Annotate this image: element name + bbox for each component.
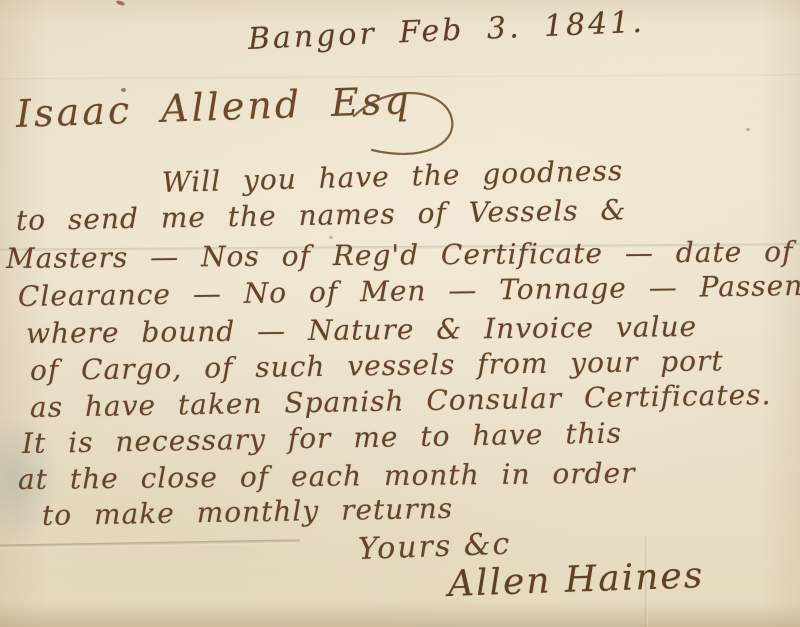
letter-line: to make monthly returns bbox=[42, 492, 454, 532]
ink-speck bbox=[746, 128, 750, 131]
paper-crease bbox=[0, 539, 300, 548]
letter-line: at the close of each month in order bbox=[18, 457, 636, 496]
letter-dateline: Bangor Feb 3. 1841. bbox=[247, 5, 645, 57]
letter-line: Clearance — No of Men — Tonnage — Passen… bbox=[18, 268, 800, 313]
letter-scan: Bangor Feb 3. 1841. Isaac Allend Esq Wil… bbox=[0, 0, 800, 627]
letter-line: It is necessary for me to have this bbox=[22, 417, 622, 460]
letter-line: to send me the names of Vessels & bbox=[16, 193, 627, 237]
letter-closing: Yours &c bbox=[357, 527, 511, 567]
letter-line: where bound — Nature & Invoice value bbox=[26, 310, 697, 350]
letter-signature: Allen Haines bbox=[447, 555, 705, 605]
letter-line: Masters — Nos of Reg'd Certificate — dat… bbox=[6, 235, 794, 275]
ink-speck bbox=[116, 0, 126, 6]
letter-salutation: Isaac Allend Esq bbox=[15, 78, 412, 136]
letter-line: Will you have the goodness bbox=[162, 154, 624, 199]
